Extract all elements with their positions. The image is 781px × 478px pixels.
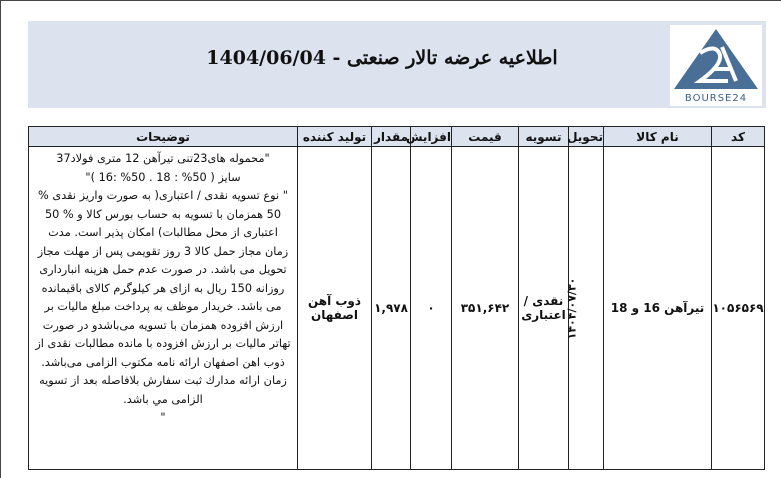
col-quantity: مقدار [372,127,411,147]
col-settlement: تسویه [519,127,569,147]
cell-settlement: نقدی / اعتباری [519,147,569,470]
cell-price: ۳۵۱,۶۴۲ [452,147,519,470]
table-row: ۱۰۵۶۵۶۹ تیرآهن 16 و 18 ۱۴۰۴/۰۷/۳۰ نقدی /… [29,147,765,470]
bourse24-logo: BOURSE24 [670,25,762,106]
cell-description: "محموله های23تنی تیرآهن 12 متری فولاد37 … [29,147,298,470]
col-increase: افزایش [411,127,452,147]
cell-code: ۱۰۵۶۵۶۹ [712,147,765,470]
col-product: نام کالا [604,127,712,147]
col-code: کد [712,127,765,147]
cell-product: تیرآهن 16 و 18 [604,147,712,470]
page-title: اطلاعیه عرضه تالار صنعتی - 1404/06/04 [178,47,586,69]
logo-text: BOURSE24 [670,93,762,104]
offer-table: کد نام کالا تحویل تسویه قیمت افزایش مقدا… [28,126,765,470]
col-description: توضیحات [29,127,298,147]
cell-quantity: ۱,۹۷۸ [372,147,411,470]
cell-increase: ۰ [411,147,452,470]
col-delivery: تحویل [569,127,604,147]
table-header-row: کد نام کالا تحویل تسویه قیمت افزایش مقدا… [29,127,765,147]
header-banner: اطلاعیه عرضه تالار صنعتی - 1404/06/04 [28,21,766,108]
cell-delivery: ۱۴۰۴/۰۷/۳۰ [569,147,604,470]
logo-triangle-icon [670,25,762,93]
cell-producer: ذوب آهن اصفهان [298,147,372,470]
col-producer: تولید کننده [298,127,372,147]
delivery-date: ۱۴۰۴/۰۷/۳۰ [566,278,579,340]
col-price: قیمت [452,127,519,147]
